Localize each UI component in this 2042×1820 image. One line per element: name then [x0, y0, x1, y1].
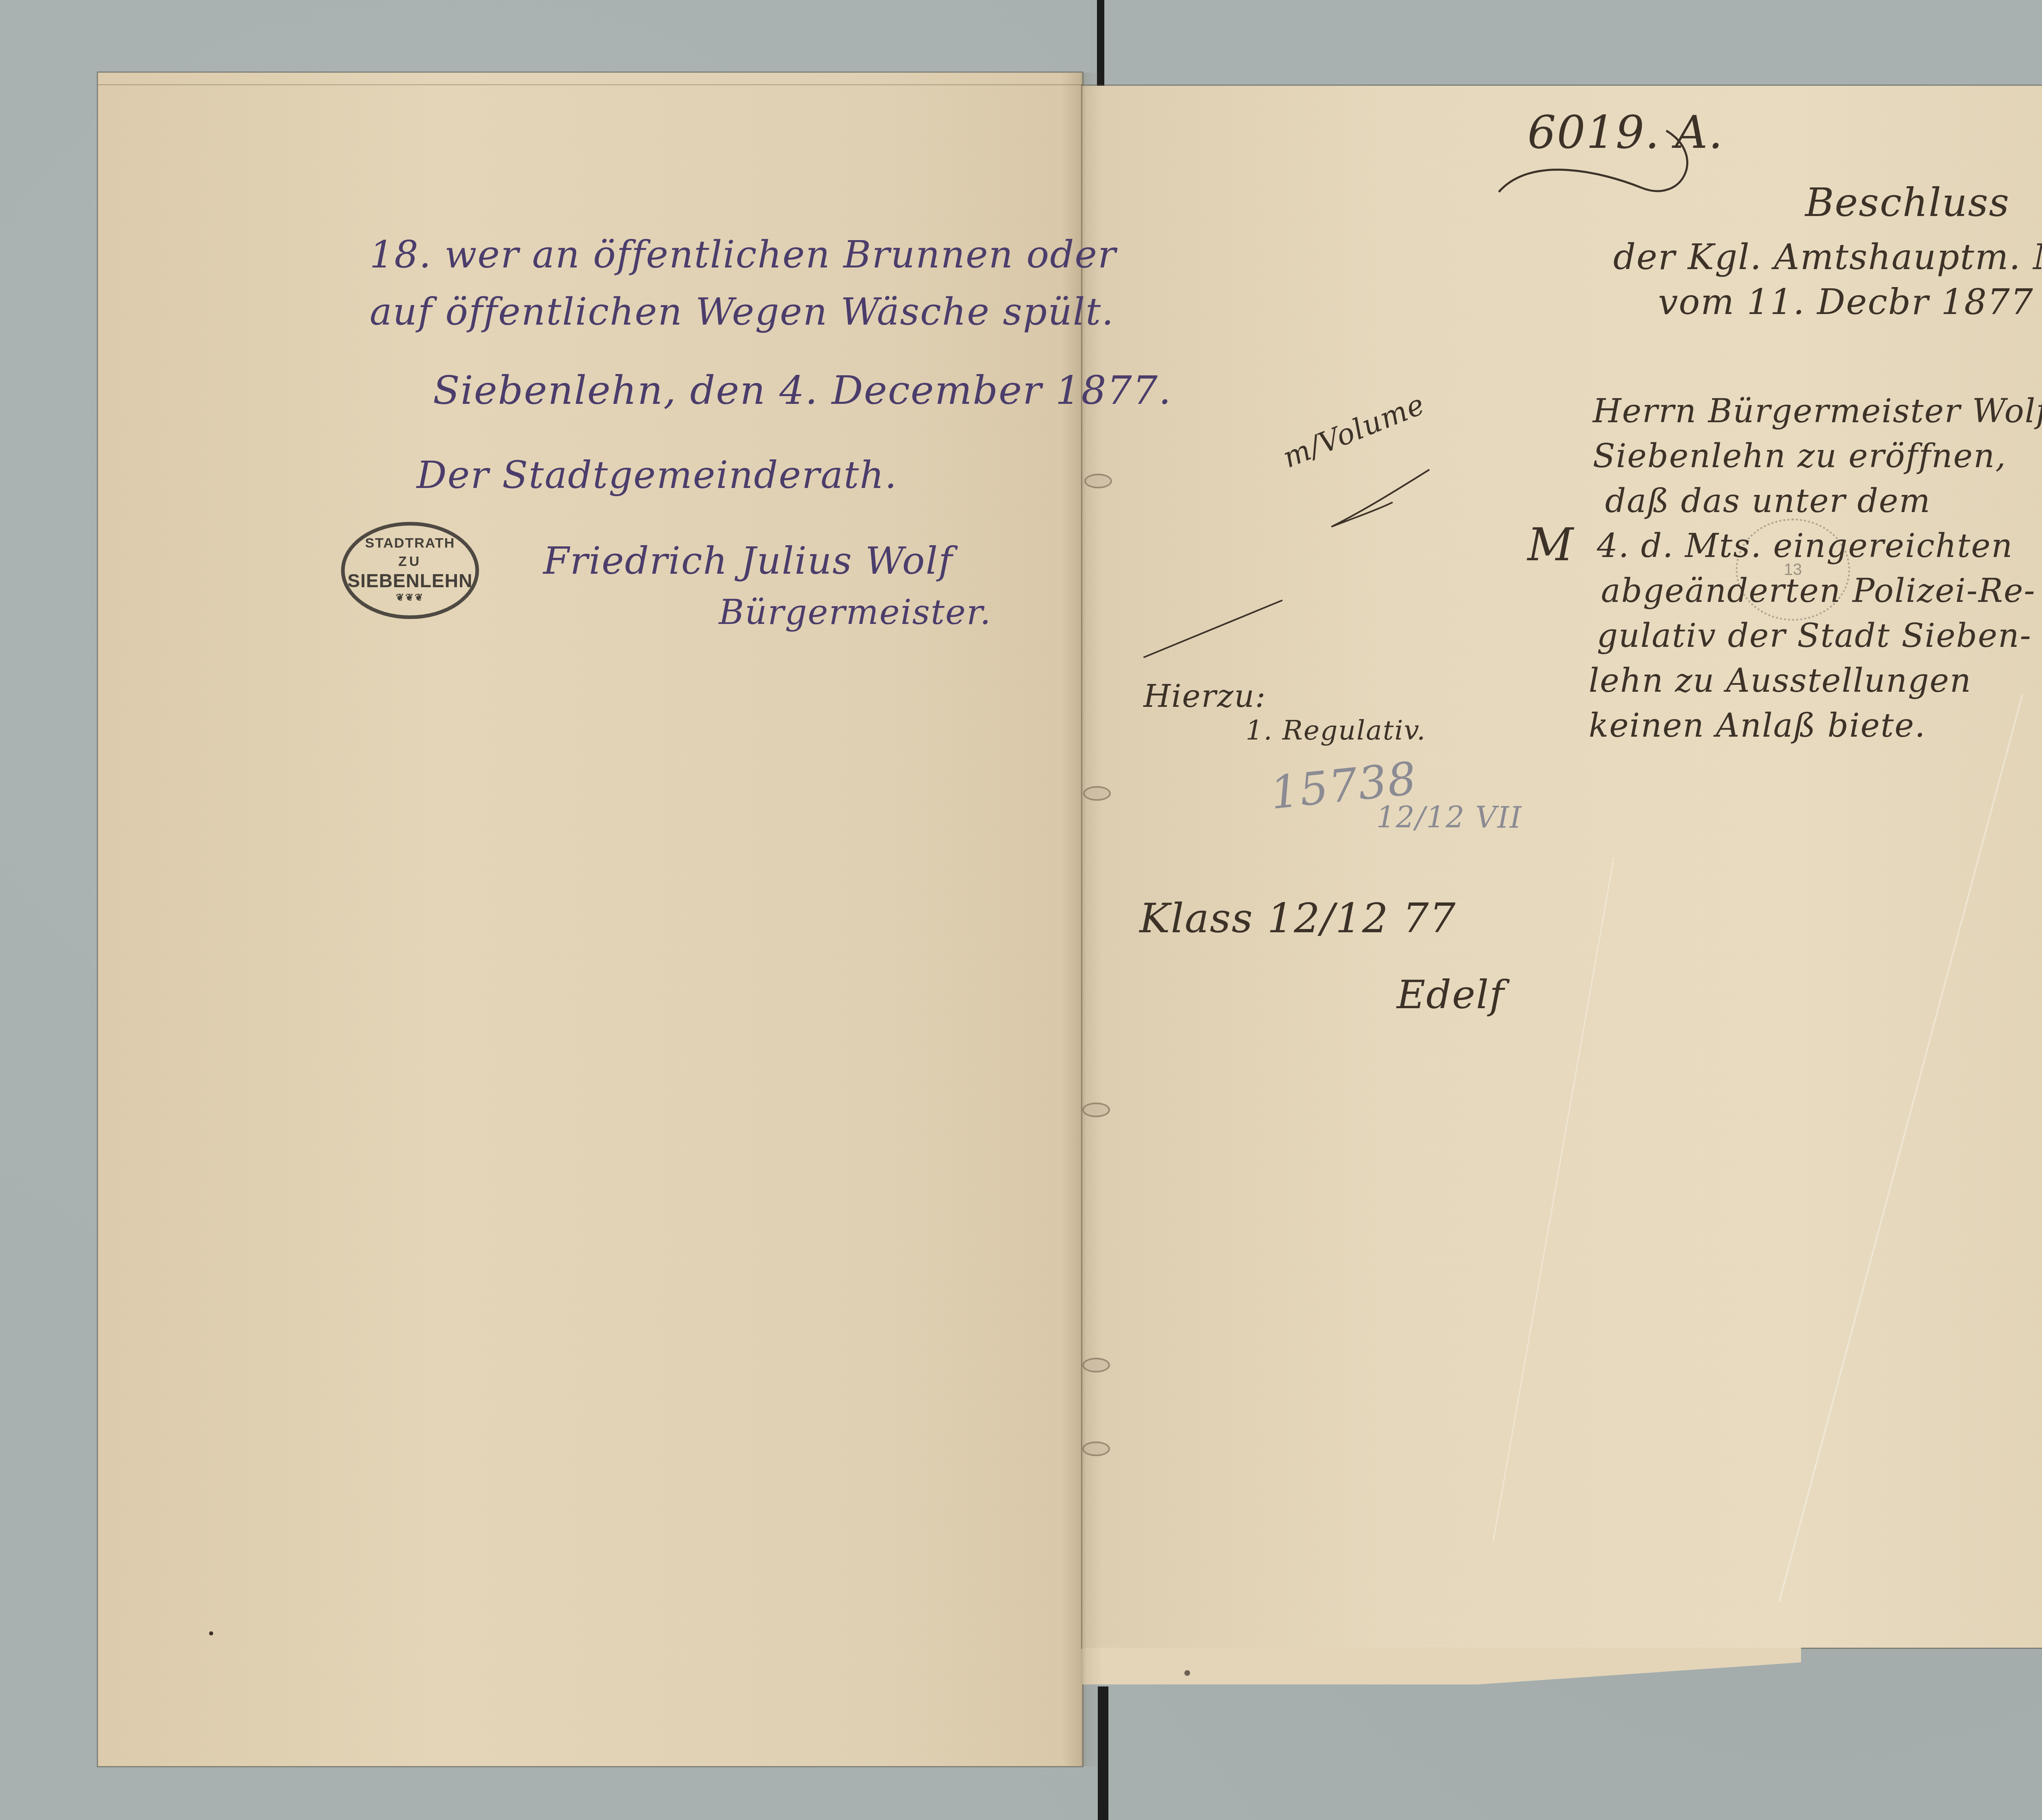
- faint-receipt-stamp: 13: [1736, 519, 1850, 621]
- stamp-line-2: ZU: [398, 554, 421, 570]
- body-line-6: gulativ der Stadt Sieben-: [1597, 617, 2032, 655]
- stitch-hole: [1084, 474, 1112, 488]
- resolution-date: vom 11. Decbr 1877: [1658, 282, 2034, 323]
- official-seal-stamp: STADTRATH ZU SIEBENLEHN ❦❦❦: [341, 522, 479, 619]
- ink-spot: [209, 1631, 213, 1635]
- enclosure-item: 1. Regulativ.: [1246, 715, 1426, 746]
- stitch-hole: [1082, 1103, 1110, 1117]
- ink-spot: [1184, 1670, 1190, 1676]
- margin-initial: M: [1527, 519, 1574, 571]
- pencil-register-date: 12/12 VII: [1376, 800, 1522, 835]
- stitch-hole: [1082, 1358, 1110, 1372]
- clerk-initials: Edelf: [1397, 972, 1505, 1018]
- file-number-flourish: [1495, 123, 1707, 196]
- left-text-line-1: 18. wer an öffentlichen Brunnen oder: [370, 233, 1117, 276]
- faint-stamp-number: 13: [1784, 561, 1802, 579]
- body-line-3: daß das unter dem: [1605, 482, 1931, 520]
- authority-name: Der Stadtgemeinderath.: [417, 453, 897, 497]
- resolution-issuer: der Kgl. Amtshauptm. Meissen: [1613, 237, 2042, 278]
- stamp-ornament: ❦❦❦: [396, 592, 424, 604]
- enclosure-label: Hierzu:: [1144, 678, 1266, 714]
- body-line-8: keinen Anlaß biete.: [1589, 706, 1926, 744]
- top-fold-line: [98, 84, 1082, 85]
- mayor-title: Bürgermeister.: [719, 592, 992, 632]
- diagonal-margin-stroke: [1139, 596, 1286, 662]
- body-line-2: Siebenlehn zu eröffnen,: [1593, 437, 2006, 475]
- stamp-line-1: STADTRATH: [365, 535, 455, 551]
- mayor-signature: Friedrich Julius Wolf: [543, 539, 953, 583]
- stitch-hole: [1083, 786, 1111, 801]
- volume-note-flourish: [1315, 466, 1438, 531]
- body-line-7: lehn zu Ausstellungen: [1589, 662, 1972, 699]
- stitch-hole: [1082, 1441, 1110, 1456]
- body-line-1: Herrn Bürgermeister Wolf in: [1593, 392, 2042, 430]
- stamp-line-3: SIEBENLEHN: [348, 570, 473, 592]
- place-date: Siebenlehn, den 4. December 1877.: [433, 368, 1172, 413]
- resolution-heading: Beschluss: [1805, 180, 2010, 225]
- dispatch-note: Klass 12/12 77: [1139, 894, 1456, 942]
- left-text-line-2: auf öffentlichen Wegen Wäsche spült.: [370, 290, 1115, 334]
